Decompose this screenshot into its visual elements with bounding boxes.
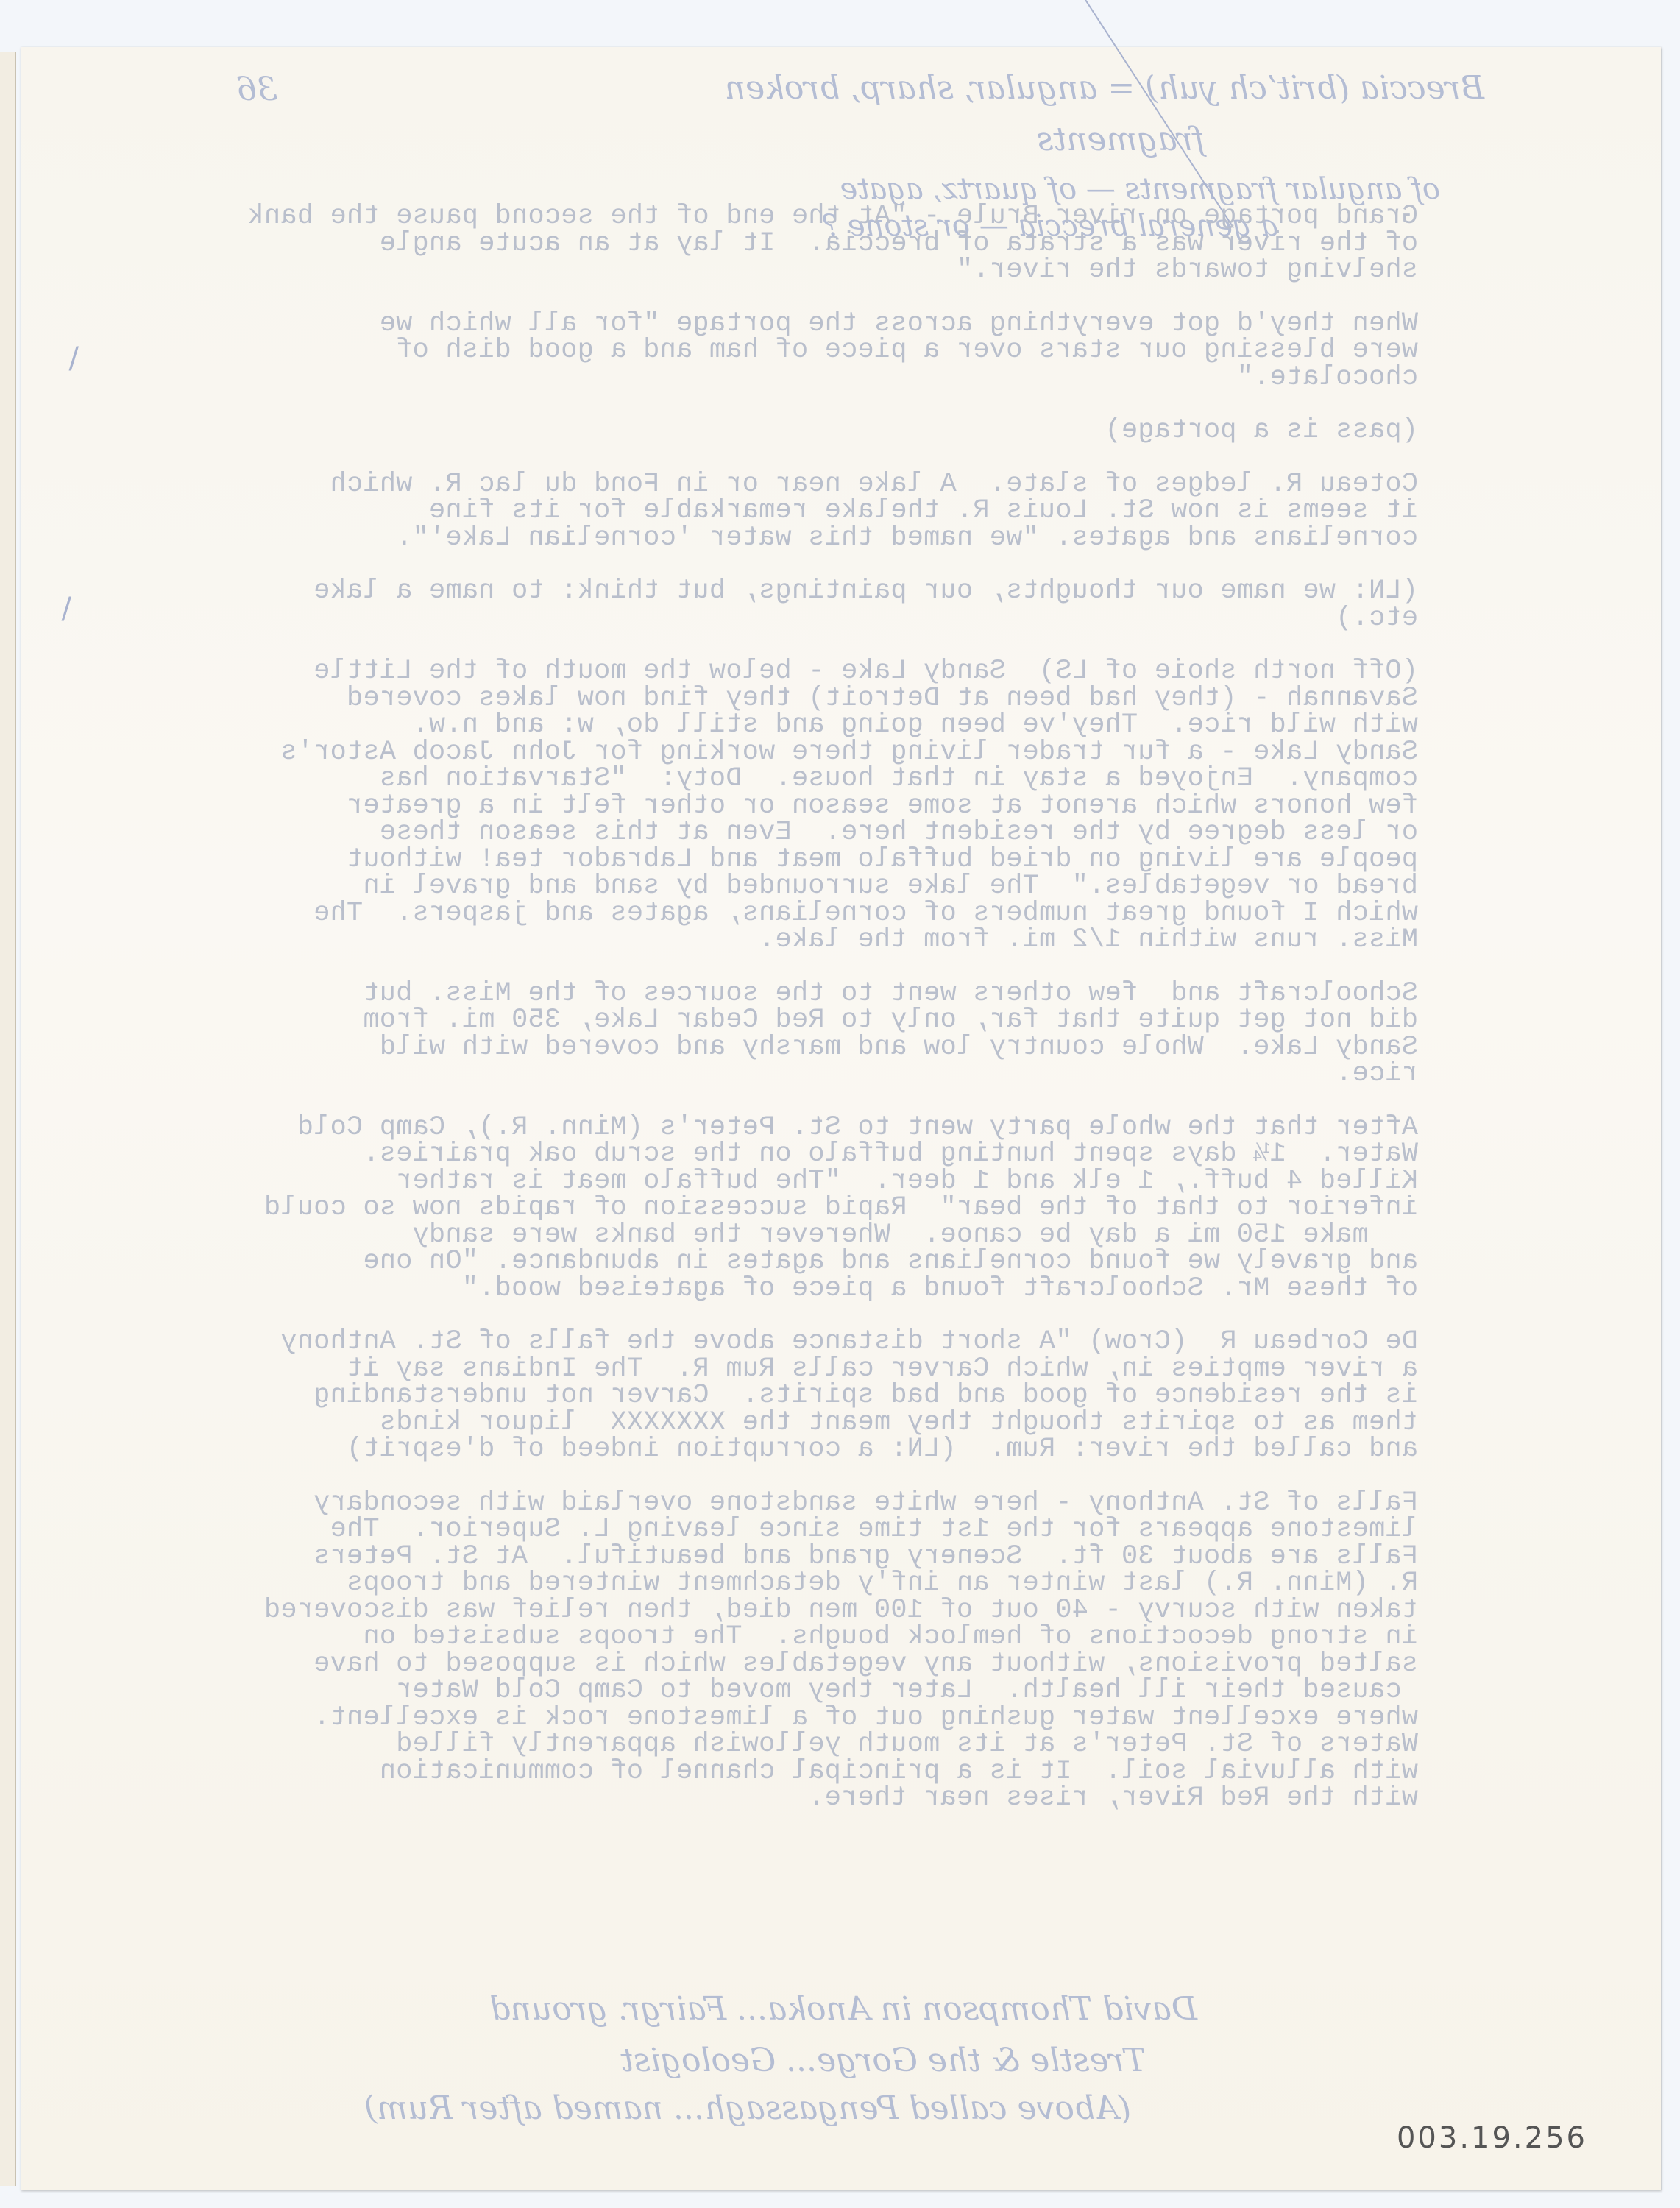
paragraph: When they'd got everything across the po… [226,311,1418,392]
check-mark: \ [69,342,79,375]
paragraph: Falls of St. Anthony - here white sandst… [226,1490,1418,1812]
paragraph: Grand portage on river Brule - "At the e… [226,203,1418,284]
catalog-number: 003.19.256 [1397,2121,1587,2155]
paragraph: Schoolcraft and few others went to the s… [226,980,1418,1088]
paragraph: (Off north shoie of LS) Sandy Lake - bel… [226,658,1418,954]
paragraph: Coteau R. ledges of slate. A lake near o… [226,471,1418,552]
handwritten-bottom-line3: (Above called Pengassagh... named after … [364,2090,1131,2127]
handwritten-bottom-line1: David Thompson in Anoka... Fairgr. groun… [489,1990,1197,2028]
check-mark: \ [62,592,71,626]
paragraph: After that the whole party went to St. P… [226,1114,1418,1303]
bleed-through-mirrored-content: Breccia (brit’ch yuh) = angular, sharp, … [21,47,1661,2190]
handwritten-bottom-line2: Trestle & the Gorge... Geologist [620,2042,1146,2079]
document-page: Breccia (brit’ch yuh) = angular, sharp, … [21,47,1661,2190]
typed-notes: Grand portage on river Brule - "At the e… [226,203,1418,1839]
underlying-sheet-edge [0,52,16,2186]
paragraph: De Corbeau R (Crow) "A short distance ab… [226,1328,1418,1463]
handwritten-page-number: 36 [236,71,277,108]
handwritten-note-line2: fragments [1037,121,1205,158]
handwritten-definition: Breccia (brit’ch yuh) = angular, sharp, … [725,69,1484,107]
paragraph: (pass is a portage) [226,417,1418,445]
paragraph: (LN: we name our thoughts, our paintings… [226,578,1418,631]
